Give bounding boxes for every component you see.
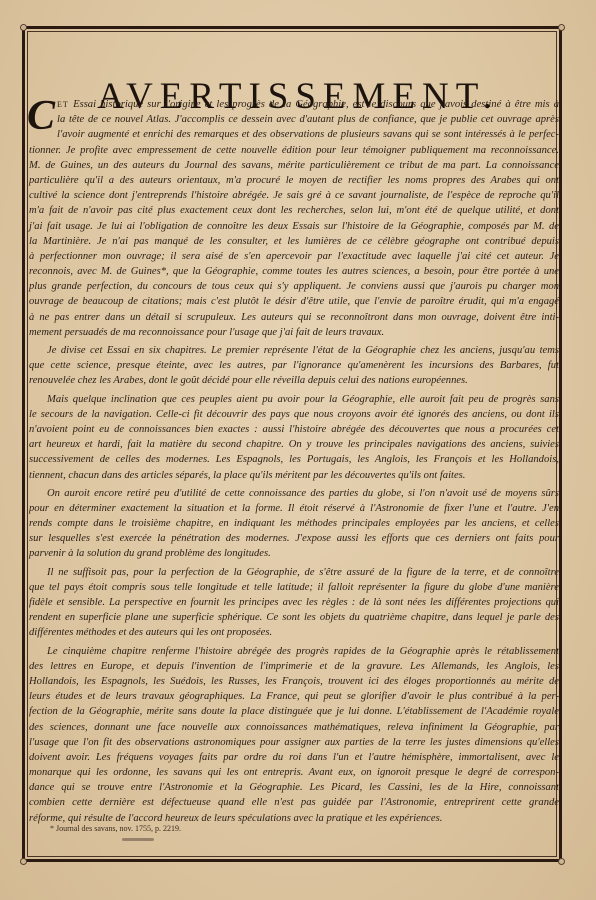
text-line: Le cinquième chapitre renferme l'histoir… — [29, 644, 559, 659]
text-line: Je divise cet Essai en six chapitres. Le… — [29, 343, 559, 358]
text-line: mement persuadés de ma reconnoissance po… — [29, 325, 559, 340]
text-line: reconnois, avec M. de Guines*, que la Gé… — [29, 264, 559, 279]
paragraph: Le cinquième chapitre renferme l'histoir… — [29, 644, 559, 826]
corner-ornament — [558, 858, 565, 865]
text-line: à ne pas entrer dans un détail si scrupu… — [29, 310, 559, 325]
text-line: j'ai fait usage. Je lui ai l'obligation … — [29, 219, 559, 234]
text-line: des sciences, donnant une face nouvelle … — [29, 720, 559, 735]
text-line: l'avoir augmenté et enrichi des remarque… — [29, 127, 559, 142]
text-line: ouvrage de beaucoup de citations; mais c… — [29, 294, 559, 309]
text-line: Il ne suffisoit pas, pour la perfection … — [29, 565, 559, 580]
text-line: art heureux et hardi, fait la matière du… — [29, 437, 559, 452]
drop-cap: C — [27, 99, 55, 133]
ink-smudge — [122, 838, 154, 841]
text-line: l'usage que l'on fit des observations as… — [29, 735, 559, 750]
text-line: la tête de ce nouvel Atlas. J'accomplis … — [29, 112, 559, 127]
text-line: combien cette dernière est défectueuse q… — [29, 795, 559, 810]
text-line: le secours de la navigation. Celle-ci fi… — [29, 407, 559, 422]
text-line: que cette science, presque éteinte, avec… — [29, 358, 559, 373]
text-line: pour en déterminer exactement la situati… — [29, 501, 559, 516]
text-line: leurs études et de leurs travaux géograp… — [29, 689, 559, 704]
paragraph: Mais quelque inclination que ces peuples… — [29, 392, 559, 483]
paragraph: On auroit encore retiré peu d'utilité de… — [29, 486, 559, 562]
paragraph: Je divise cet Essai en six chapitres. Le… — [29, 343, 559, 389]
corner-ornament — [558, 24, 565, 31]
text-line: à perfectionner mon ouvrage; il sera ais… — [29, 249, 559, 264]
text-line: plus grande perfection, du concours de t… — [29, 279, 559, 294]
text-line: Mais quelque inclination que ces peuples… — [29, 392, 559, 407]
text-line: n'avoient point eu de connoissances bien… — [29, 422, 559, 437]
text-line: sur lesquelles s'est exercée la pénétrat… — [29, 531, 559, 546]
paragraph: Il ne suffisoit pas, pour la perfection … — [29, 565, 559, 641]
text-line: m'a fait de n'avoir pas cité plus exacte… — [29, 203, 559, 218]
corner-ornament — [20, 858, 27, 865]
text-line: fection de la Géographie, mérite sans do… — [29, 704, 559, 719]
text-line: parvenir à la solution du grand problème… — [29, 546, 559, 561]
text-line: différentes méthodes et des auteurs qui … — [29, 625, 559, 640]
corner-ornament — [20, 24, 27, 31]
text-line: fidèle et sensible. La perspective en fo… — [29, 595, 559, 610]
text-line: tionner. Je profite avec empressement de… — [29, 143, 559, 158]
small-caps-lead: ET — [57, 100, 73, 109]
text-line: cultivé la science dont j'entreprends l'… — [29, 188, 559, 203]
text-line: successivement de celles des modernes. L… — [29, 452, 559, 467]
text-line: M. de Guines, un des auteurs du Journal … — [29, 158, 559, 173]
document-body: CET Essai historique sur l'origine et le… — [29, 97, 559, 826]
text-line: doivent avoir. Les fréquens voyages fait… — [29, 750, 559, 765]
text-line: rends compte dans le troisième chapitre,… — [29, 516, 559, 531]
text-line: dance qui se trouve entre l'Astronomie e… — [29, 780, 559, 795]
paragraph: CET Essai historique sur l'origine et le… — [29, 97, 559, 340]
text-line: monarque qui les ordonne, les savans qui… — [29, 765, 559, 780]
text-line: des lettres en Europe, et depuis l'inven… — [29, 659, 559, 674]
footnote: * Journal des savans, nov. 1755, p. 2219… — [50, 824, 181, 833]
text-line: tiennent, chacun dans des articles sépar… — [29, 468, 559, 483]
text-line: On auroit encore retiré peu d'utilité de… — [29, 486, 559, 501]
text-line: renouvelée chez les Arabes, dont le goût… — [29, 373, 559, 388]
text-line: particulière qu'il a des auteurs orienta… — [29, 173, 559, 188]
text-line: ET Essai historique sur l'origine et les… — [29, 97, 559, 112]
text-line: la Martinière. Je n'ai pas manqué de les… — [29, 234, 559, 249]
text-line: rendent en superficie plane une superfic… — [29, 610, 559, 625]
text-line: Hollandois, les Espagnols, les Suédois, … — [29, 674, 559, 689]
text-line: que tel pays étoit compris sous telle lo… — [29, 580, 559, 595]
